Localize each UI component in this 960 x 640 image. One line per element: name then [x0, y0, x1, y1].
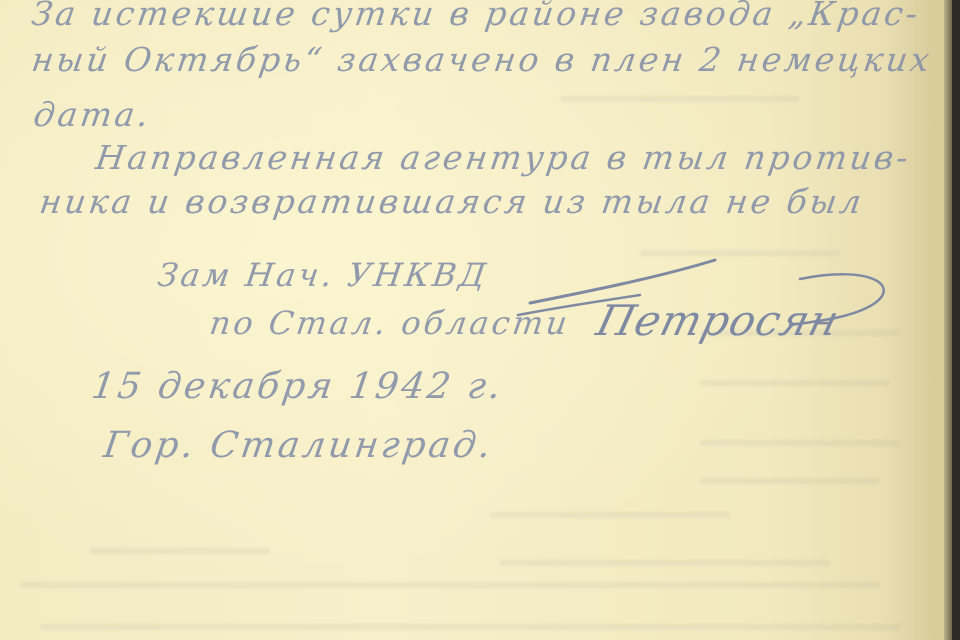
bleed-through-line — [700, 380, 890, 386]
bleed-through-line — [20, 582, 880, 588]
bleed-through-line — [560, 96, 800, 102]
body-line-1: За истекшие сутки в районе завода „Крас- — [29, 0, 923, 33]
bleed-through-line — [490, 512, 730, 518]
binding-edge — [952, 0, 960, 640]
page-edge-shadow — [944, 0, 952, 640]
date-line: 15 декабря 1942 г. — [89, 366, 506, 407]
body-line-5: ника и возвратившаяся из тыла не был — [37, 182, 866, 221]
signatory-title-line-1: Зам Нач. УНКВД — [155, 256, 491, 294]
bleed-through-line — [90, 548, 270, 554]
document-page: За истекшие сутки в районе завода „Крас-… — [0, 0, 960, 640]
body-line-2: ный Октябрь“ захвачено в плен 2 немецких… — [29, 40, 960, 79]
bleed-through-line — [700, 478, 880, 484]
bleed-through-line — [700, 440, 900, 446]
body-line-3: дата. — [31, 95, 154, 134]
body-line-4: Направленная агентура в тыл против- — [93, 138, 913, 177]
signature: Петросян — [592, 296, 845, 345]
bleed-through-line — [500, 560, 830, 566]
place-line: Гор. Сталинград. — [101, 425, 496, 466]
bleed-through-line — [40, 624, 900, 630]
